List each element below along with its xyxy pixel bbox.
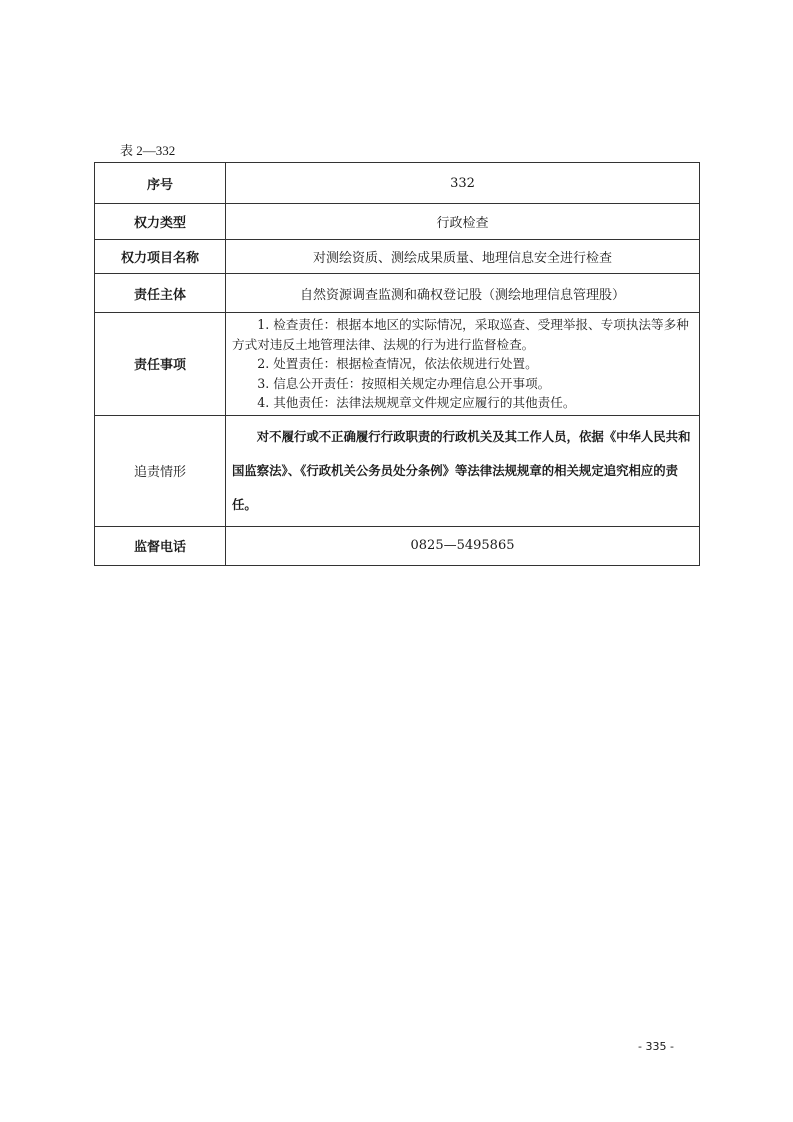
phone-label: 监督电话 <box>95 526 226 565</box>
serial-value: 332 <box>226 163 700 204</box>
power-type-label: 权力类型 <box>95 204 226 240</box>
table-row-serial: 序号 332 <box>95 163 700 204</box>
table-row-item-name: 权力项目名称 对测绘资质、测绘成果质量、地理信息安全进行检查 <box>95 240 700 274</box>
table-row-duties: 责任事项 1. 检查责任：根据本地区的实际情况，采取巡查、受理举报、专项执法等多… <box>95 313 700 416</box>
item-name-label: 权力项目名称 <box>95 240 226 274</box>
table-row-power-type: 权力类型 行政检查 <box>95 204 700 240</box>
accountability-label: 追责情形 <box>95 415 226 526</box>
duties-label: 责任事项 <box>95 313 226 416</box>
table-caption: 表 2—332 <box>120 140 175 159</box>
duty-item: 1. 检查责任：根据本地区的实际情况，采取巡查、受理举报、专项执法等多种方式对违… <box>232 315 693 354</box>
table-row-phone: 监督电话 0825—5495865 <box>95 526 700 565</box>
subject-value: 自然资源调查监测和确权登记股（测绘地理信息管理股） <box>226 274 700 313</box>
duty-item: 2. 处置责任：根据检查情况，依法依规进行处置。 <box>232 354 693 374</box>
subject-label: 责任主体 <box>95 274 226 313</box>
duties-list: 1. 检查责任：根据本地区的实际情况，采取巡查、受理举报、专项执法等多种方式对违… <box>226 313 700 416</box>
power-type-value: 行政检查 <box>226 204 700 240</box>
power-item-table: 序号 332 权力类型 行政检查 权力项目名称 对测绘资质、测绘成果质量、地理信… <box>94 162 700 566</box>
accountability-value: 对不履行或不正确履行行政职责的行政机关及其工作人员，依据《中华人民共和国监察法》… <box>226 415 700 526</box>
page-number: - 335 - <box>638 1040 674 1053</box>
item-name-value: 对测绘资质、测绘成果质量、地理信息安全进行检查 <box>226 240 700 274</box>
table-row-accountability: 追责情形 对不履行或不正确履行行政职责的行政机关及其工作人员，依据《中华人民共和… <box>95 415 700 526</box>
serial-label: 序号 <box>95 163 226 204</box>
duty-item: 4. 其他责任：法律法规规章文件规定应履行的其他责任。 <box>232 393 693 413</box>
table-row-subject: 责任主体 自然资源调查监测和确权登记股（测绘地理信息管理股） <box>95 274 700 313</box>
duty-item: 3. 信息公开责任：按照相关规定办理信息公开事项。 <box>232 374 693 394</box>
phone-value: 0825—5495865 <box>226 526 700 565</box>
